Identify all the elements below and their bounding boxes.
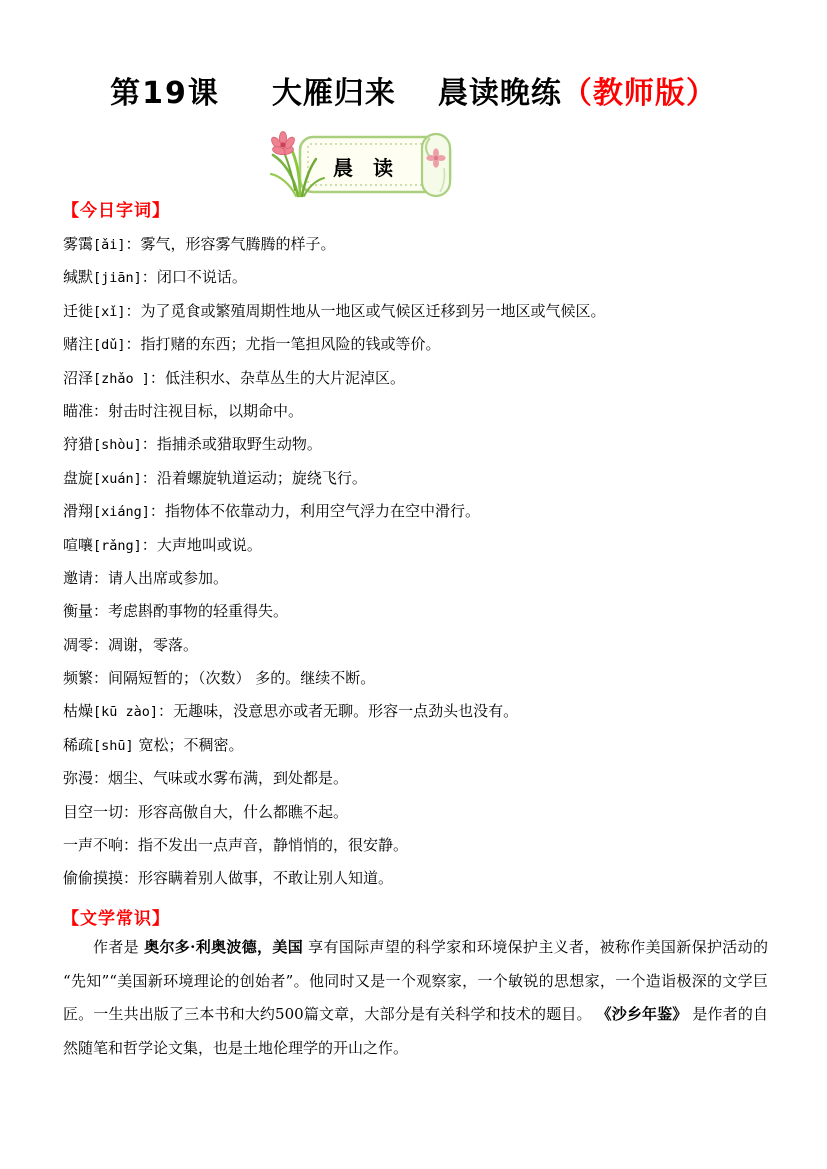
badge-label: 晨 读: [304, 152, 422, 181]
vocab-definition: 凋谢，零落。: [108, 636, 198, 654]
vocab-separator: ：: [142, 536, 157, 554]
vocab-item: 喧嚷[rǎng]：大声地叫或说。: [63, 529, 769, 562]
vocab-separator: ：: [93, 669, 108, 687]
vocab-item: 赌注[dǔ]：指打赌的东西；尤指一笔担风险的钱或等价。: [63, 328, 769, 361]
title-lesson-number: 第19课: [110, 76, 220, 111]
title-practice-name: 晨读晚练: [438, 76, 562, 111]
vocab-item: 目空一切：形容高傲自大，什么都瞧不起。: [63, 796, 769, 829]
vocab-separator: ：: [123, 803, 138, 821]
vocab-definition: 指物体不依靠动力，利用空气浮力在空中滑行。: [165, 502, 480, 520]
vocab-separator: ：: [158, 702, 173, 720]
vocab-definition: 形容高傲自大，什么都瞧不起。: [138, 803, 348, 821]
vocab-item: 偷偷摸摸：形容瞒着别人做事，不敢让别人知道。: [63, 862, 769, 895]
vocab-definition: 请人出席或参加。: [108, 569, 228, 587]
vocab-definition: 形容瞒着别人做事，不敢让别人知道。: [138, 869, 393, 887]
vocab-definition: 沿着螺旋轨道运动；旋绕飞行。: [157, 469, 367, 487]
vocab-term: 瞄准: [63, 402, 93, 420]
vocab-separator: ：: [142, 469, 157, 487]
vocab-definition: 大声地叫或说。: [157, 536, 262, 554]
section-heading-literature: 【文学常识】: [62, 904, 170, 929]
vocab-pinyin: [xǐ]: [93, 304, 126, 320]
vocab-separator: ：: [93, 769, 108, 787]
vocab-term: 盘旋: [63, 469, 93, 487]
section-heading-vocabulary: 【今日字词】: [62, 196, 170, 221]
vocab-definition: 闭口不说话。: [157, 268, 247, 286]
vocab-item: 稀疏[shū] 宽松；不稠密。: [63, 729, 769, 762]
vocab-term: 滑翔: [63, 502, 93, 520]
title-edition-tag: （教师版）: [562, 76, 717, 111]
vocab-definition: 射击时注视目标，以期命中。: [108, 402, 303, 420]
vocab-term: 弥漫: [63, 769, 93, 787]
vocab-definition: 指打赌的东西；尤指一笔担风险的钱或等价。: [141, 335, 441, 353]
vocab-definition: 低洼积水、杂草丛生的大片泥淖区。: [165, 369, 405, 387]
morning-reading-badge: 晨 读: [264, 128, 476, 202]
vocab-separator: ：: [150, 369, 165, 387]
vocab-item: 滑翔[xiáng]：指物体不依靠动力，利用空气浮力在空中滑行。: [63, 495, 769, 528]
vocab-definition: 雾气，形容雾气腾腾的样子。: [141, 235, 336, 253]
vocab-separator: ：: [123, 869, 138, 887]
vocab-separator: ：: [93, 602, 108, 620]
vocab-separator: ：: [142, 435, 157, 453]
vocab-item: 迁徙[xǐ]：为了觅食或繁殖周期性地从一地区或气候区迁移到另一地区或气候区。: [63, 295, 769, 328]
vocab-item: 凋零：凋谢，零落。: [63, 629, 769, 662]
text-segment: 作者是: [93, 938, 139, 956]
vocab-definition: 考虑斟酌事物的轻重得失。: [108, 602, 288, 620]
vocab-pinyin: [zhǎo ]: [93, 371, 150, 387]
vocab-item: 邀请：请人出席或参加。: [63, 562, 769, 595]
literature-paragraph: 作者是 奥尔多·利奥波德，美国 享有国际声望的科学家和环境保护主义者，被称作美国…: [63, 931, 768, 1065]
vocab-item: 缄默[jiān]：闭口不说话。: [63, 261, 769, 294]
vocab-term: 偷偷摸摸: [63, 869, 123, 887]
vocab-separator: ：: [126, 335, 141, 353]
vocab-separator: ：: [126, 235, 141, 253]
vocab-item: 沼泽[zhǎo ]：低洼积水、杂草丛生的大片泥淖区。: [63, 362, 769, 395]
vocab-item: 枯燥[kū zào]：无趣味，没意思亦或者无聊。形容一点劲头也没有。: [63, 695, 769, 728]
vocab-separator: ：: [150, 502, 165, 520]
vocab-pinyin: [xiáng]: [93, 504, 150, 520]
vocab-pinyin: [kū zào]: [93, 704, 158, 720]
vocab-pinyin: [jiān]: [93, 270, 142, 286]
vocab-item: 弥漫：烟尘、气味或水雾布满，到处都是。: [63, 762, 769, 795]
vocab-term: 缄默: [63, 268, 93, 286]
vocab-definition: 烟尘、气味或水雾布满，到处都是。: [108, 769, 348, 787]
vocabulary-list: 雾霭[ǎi]：雾气，形容雾气腾腾的样子。 缄默[jiān]：闭口不说话。 迁徙[…: [63, 228, 769, 896]
vocab-item: 狩猎[shòu]：指捕杀或猎取野生动物。: [63, 428, 769, 461]
vocab-separator: ：: [93, 569, 108, 587]
vocab-item: 雾霭[ǎi]：雾气，形容雾气腾腾的样子。: [63, 228, 769, 261]
vocab-term: 迁徙: [63, 302, 93, 320]
vocab-pinyin: [shòu]: [93, 437, 142, 453]
vocab-term: 衡量: [63, 602, 93, 620]
text-segment: 奥尔多·利奥波德，美国: [144, 938, 303, 956]
vocab-separator: ：: [93, 402, 108, 420]
vocab-term: 枯燥: [63, 702, 93, 720]
vocab-separator: ：: [126, 302, 141, 320]
worksheet-page: 第19课大雁归来晨读晚练（教师版）: [0, 0, 827, 1169]
vocab-term: 赌注: [63, 335, 93, 353]
vocab-item: 瞄准：射击时注视目标，以期命中。: [63, 395, 769, 428]
vocab-term: 凋零: [63, 636, 93, 654]
vocab-item: 频繁：间隔短暂的；（次数） 多的。继续不断。: [63, 662, 769, 695]
vocab-term: 目空一切: [63, 803, 123, 821]
vocab-definition: 宽松；不稠密。: [138, 736, 243, 754]
vocab-item: 一声不响：指不发出一点声音，静悄悄的，很安静。: [63, 829, 769, 862]
vocab-separator: ：: [123, 836, 138, 854]
vocab-pinyin: [shū]: [93, 738, 134, 754]
vocab-pinyin: [xuán]: [93, 471, 142, 487]
vocab-item: 盘旋[xuán]：沿着螺旋轨道运动；旋绕飞行。: [63, 462, 769, 495]
vocab-term: 沼泽: [63, 369, 93, 387]
vocab-term: 邀请: [63, 569, 93, 587]
vocab-pinyin: [dǔ]: [93, 337, 126, 353]
vocab-term: 稀疏: [63, 736, 93, 754]
vocab-pinyin: [ǎi]: [93, 237, 126, 253]
vocab-term: 雾霭: [63, 235, 93, 253]
vocab-term: 一声不响: [63, 836, 123, 854]
document-title: 第19课大雁归来晨读晚练（教师版）: [0, 72, 827, 116]
vocab-separator: ：: [142, 268, 157, 286]
vocab-term: 喧嚷: [63, 536, 93, 554]
text-segment: 《沙乡年鉴》: [597, 1005, 688, 1023]
title-text-name: 大雁归来: [272, 76, 396, 111]
vocab-definition: 为了觅食或繁殖周期性地从一地区或气候区迁移到另一地区或气候区。: [141, 302, 606, 320]
vocab-pinyin: [rǎng]: [93, 538, 142, 554]
vocab-term: 狩猎: [63, 435, 93, 453]
vocab-definition: 指不发出一点声音，静悄悄的，很安静。: [138, 836, 408, 854]
vocab-definition: 间隔短暂的；（次数） 多的。继续不断。: [108, 669, 375, 687]
vocab-definition: 指捕杀或猎取野生动物。: [157, 435, 322, 453]
vocab-item: 衡量：考虑斟酌事物的轻重得失。: [63, 595, 769, 628]
vocab-term: 频繁: [63, 669, 93, 687]
vocab-definition: 无趣味，没意思亦或者无聊。形容一点劲头也没有。: [173, 702, 518, 720]
vocab-separator: ：: [93, 636, 108, 654]
